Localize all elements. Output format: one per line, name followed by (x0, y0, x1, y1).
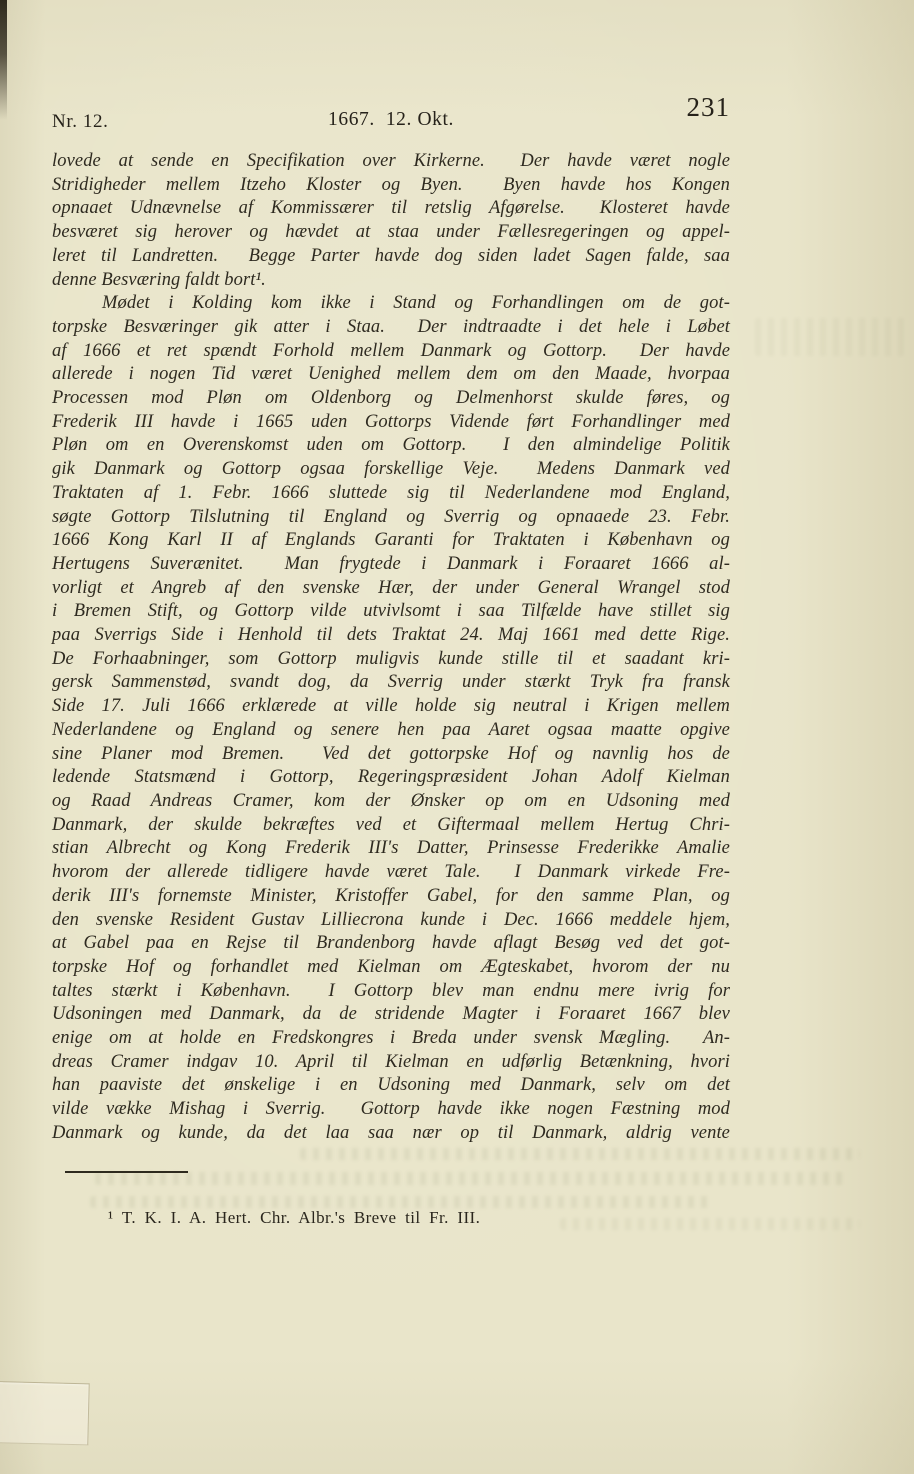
body-line: Hertugens Suverænitet. Man frygtede i Da… (52, 553, 730, 577)
body-line: Frederik III havde i 1665 uden Gottorps … (52, 411, 730, 435)
body-line: denne Besværing faldt bort¹. (52, 269, 730, 293)
body-line: af 1666 et ret spændt Forhold mellem Dan… (52, 340, 730, 364)
body-line: ledende Statsmænd i Gottorp, Regeringspr… (52, 766, 730, 790)
footnote-text: ¹ T. K. I. A. Hert. Chr. Albr.'s Breve t… (108, 1208, 480, 1228)
body-line: i Bremen Stift, og Gottorp vilde utvivls… (52, 600, 730, 624)
body-line: Side 17. Juli 1666 erklærede at ville ho… (52, 695, 730, 719)
body-line: Udsoningen med Danmark, da de stridende … (52, 1003, 730, 1027)
scanned-book-page: Nr. 12. 1667. 12. Okt. 231 lovede at sen… (0, 0, 914, 1474)
body-line: Mødet i Kolding kom ikke i Stand og Forh… (52, 292, 730, 316)
body-line: enige om at holde en Fredskongres i Bred… (52, 1027, 730, 1051)
body-line: at Gabel paa en Rejse til Brandenborg ha… (52, 932, 730, 956)
body-line: taltes stærkt i København. I Gottorp ble… (52, 980, 730, 1004)
body-line: lovede at sende en Specifikation over Ki… (52, 150, 730, 174)
scan-edge-shadow (0, 0, 7, 120)
body-line: dreas Cramer indgav 10. April til Kielma… (52, 1051, 730, 1075)
body-line: Danmark, der skulde bekræftes ved et Gif… (52, 814, 730, 838)
body-text-block: lovede at sende en Specifikation over Ki… (52, 150, 730, 1146)
body-line: Danmark og kunde, da det laa saa nær op … (52, 1122, 730, 1146)
body-line: 1666 Kong Karl II af Englands Garanti fo… (52, 529, 730, 553)
body-line: hvorom der allerede tidligere havde være… (52, 861, 730, 885)
body-line: den svenske Resident Gustav Lilliecrona … (52, 909, 730, 933)
body-line: vorligt et Angreb af den svenske Hær, de… (52, 577, 730, 601)
bleedthrough-smudge (300, 1148, 860, 1160)
body-line: paa Sverrigs Side i Henhold til dets Tra… (52, 624, 730, 648)
body-line: allerede i nogen Tid været Uenighed mell… (52, 363, 730, 387)
page-number: 231 (52, 92, 730, 123)
footnote-separator-rule (65, 1171, 188, 1173)
body-line: Stridigheder mellem Itzeho Kloster og By… (52, 174, 730, 198)
body-line: og Raad Andreas Cramer, kom der Ønsker o… (52, 790, 730, 814)
body-line: søgte Gottorp Tilslutning til England og… (52, 506, 730, 530)
body-line: Traktaten af 1. Febr. 1666 sluttede sig … (52, 482, 730, 506)
body-line: torpske Besværinger gik atter i Staa. De… (52, 316, 730, 340)
bleedthrough-smudge (560, 1218, 860, 1230)
body-line: De Forhaabninger, som Gottorp muligvis k… (52, 648, 730, 672)
body-line: besværet sig herover og hævdet at staa u… (52, 221, 730, 245)
body-line: leret til Landretten. Begge Parter havde… (52, 245, 730, 269)
bleedthrough-smudge (755, 318, 905, 356)
body-line: gik Danmark og Gottorp ogsaa forskellige… (52, 458, 730, 482)
body-line: Pløn om en Overenskomst uden om Gottorp.… (52, 434, 730, 458)
body-line: gersk Sammenstød, svandt dog, da Sverrig… (52, 671, 730, 695)
body-line: han paaviste det ønskelige i en Udsoning… (52, 1074, 730, 1098)
body-line: sine Planer mod Bremen. Ved det gottorps… (52, 743, 730, 767)
bleedthrough-smudge (90, 1196, 710, 1208)
embossed-stamp-mark (0, 1381, 90, 1445)
body-line: stian Albrecht og Kong Frederik III's Da… (52, 837, 730, 861)
body-line: torpske Hof og forhandlet med Kielman om… (52, 956, 730, 980)
bleedthrough-smudge (95, 1172, 845, 1185)
body-line: Nederlandene og England og senere hen pa… (52, 719, 730, 743)
body-line: vilde vække Mishag i Sverrig. Gottorp ha… (52, 1098, 730, 1122)
body-line: opnaaet Udnævnelse af Kommissærer til re… (52, 197, 730, 221)
body-line: Processen mod Pløn om Oldenborg og Delme… (52, 387, 730, 411)
body-line: derik III's fornemste Minister, Kristoff… (52, 885, 730, 909)
